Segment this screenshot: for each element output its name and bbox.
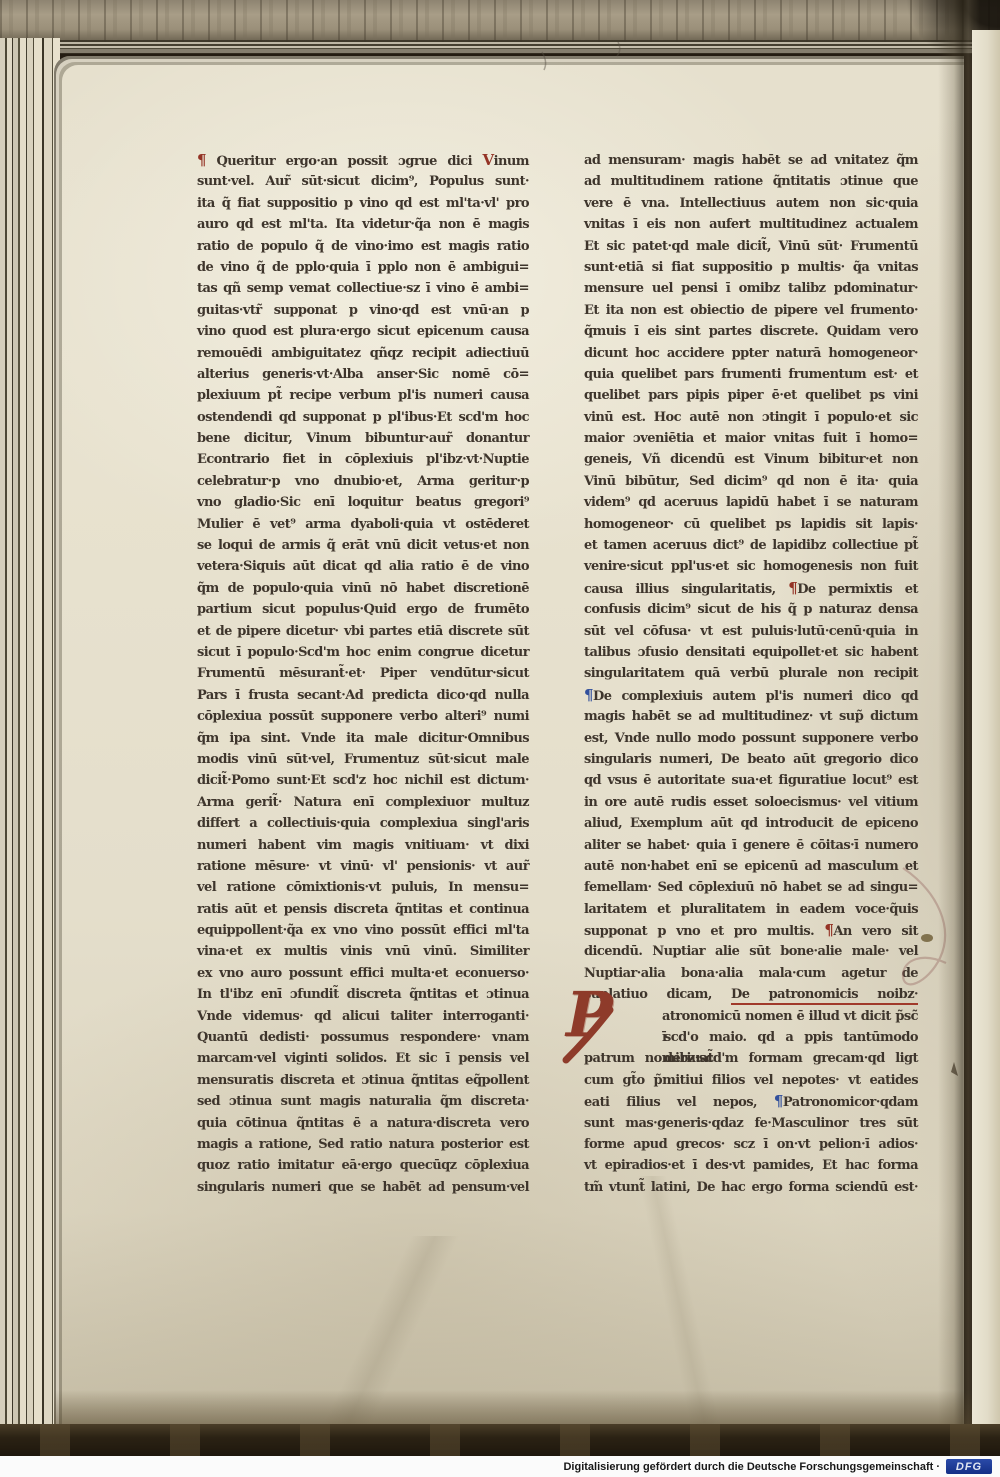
text-segment: auro qd est ml'ta. Ita videtur·q̃a non ē… xyxy=(197,217,529,232)
text-line: vina·et ex multis vinis vnū vinū. Simili… xyxy=(197,941,529,962)
text-segment: dicit̃·Pomo sunt·Et scd'z hoc nichil est… xyxy=(197,773,529,788)
text-line: geneis, Vñ dicendū est Vinum bibitur·et … xyxy=(584,449,918,470)
text-line: alterius generis·vt·Alba anser·Sic nomē … xyxy=(197,364,529,385)
text-segment: sunt·etiā si fiat suppositio p multis· q… xyxy=(584,260,918,275)
text-line: ratis aūt et pensis discreta q̃ntitas et… xyxy=(197,899,529,920)
text-segment: Et sic patet·qd male dicit̃, Vinū sūt· F… xyxy=(584,239,918,254)
text-line: Econtrario fiet in cōplexiuis pl'ibz·vt·… xyxy=(197,449,529,470)
text-line: auro qd est ml'ta. Ita videtur·q̃a non ē… xyxy=(197,214,529,235)
text-line: singularitatem quā verbū plurale non rec… xyxy=(584,663,918,684)
book-head-edge xyxy=(0,0,1000,42)
pilcrow-mark: ¶ xyxy=(824,921,833,939)
text-line: Et ita non est obiectio de pipere vel fr… xyxy=(584,300,918,321)
text-segment: et de pipere dicetur· vbi partes etiā di… xyxy=(197,624,529,639)
text-line: sunt mas·generis·qdaz fe·Masculinor tres… xyxy=(584,1113,918,1134)
adjacent-page-edge xyxy=(972,30,1000,1440)
text-segment: vel ratione cōmixtionis·vt puluis, In me… xyxy=(197,880,529,895)
text-segment: et tamen aceruus dict⁹ de lapidibz colle… xyxy=(584,538,918,553)
text-line: vino quod est plura·ergo sicut epicenum … xyxy=(197,321,529,342)
text-segment: causa illius singularitatis, xyxy=(584,582,788,597)
pilcrow-mark: ¶ xyxy=(197,151,206,169)
text-segment: Quantū dedisti· possumus respondere· vna… xyxy=(197,1030,529,1045)
text-segment: sed ɔtinua sunt magis naturalia q̃m disc… xyxy=(197,1094,529,1109)
text-line: ratione mēsure· vt vinū· vl' pensionis· … xyxy=(197,856,529,877)
text-segment: equippollent·q̃a ex vno vino possūt effi… xyxy=(197,923,529,938)
text-line: modis vinū sūt·vel, Frumentuz sūt·sicut … xyxy=(197,749,529,770)
text-line: singularis numeri, De beato aūt gregorio… xyxy=(584,749,918,770)
text-line: vere ē vna. Intellectiuus autem non sic·… xyxy=(584,193,918,214)
text-segment: Vinū bibūtur, Sed dicim⁹ qd non ē ita· q… xyxy=(584,474,918,489)
text-line: quoz ratio imitatur eā·ergo quecūqz cōpl… xyxy=(197,1155,529,1176)
text-line: tm̃ vtunt̃ latini, De hac ergo forma sci… xyxy=(584,1177,918,1198)
text-segment: V xyxy=(483,151,494,169)
text-line: tas qñ semp vemat collectiue·sz ī vino ē… xyxy=(197,278,529,299)
text-segment: De permixtis et xyxy=(797,582,918,597)
text-segment: marcam·vel viginti solidos. Et sic ī pen… xyxy=(197,1051,529,1066)
text-line: vinū est. Hoc autē non ɔtingit ī populo·… xyxy=(584,407,918,428)
text-segment: ita q̃ fiat suppositio p vino qd est ml'… xyxy=(197,196,529,211)
text-segment: celebratur·p vno dnubio·et, Arma geritur… xyxy=(197,474,529,489)
text-segment: q̃m de populo·quia vinū nō habet discret… xyxy=(197,581,529,596)
text-segment: quia quelibet pars frumenti frumentum es… xyxy=(584,367,918,382)
text-segment: Queritur ergo·an possit ɔgrue dici xyxy=(206,154,483,169)
text-segment: maior ɔveniētia et maior vnitas fuit ī h… xyxy=(584,431,918,446)
text-segment: modis vinū sūt·vel, Frumentuz sūt·sicut … xyxy=(197,752,529,767)
text-segment: dicendū. Nuptiar alie sūt bone·alie male… xyxy=(584,944,918,959)
text-line: vt epiradios·et ī des·vt pamides, Et hac… xyxy=(584,1155,918,1176)
text-line: Vinū bibūtur, Sed dicim⁹ qd non ē ita· q… xyxy=(584,471,918,492)
text-line: q̃muis ī eis sint partes discrete. Quida… xyxy=(584,321,918,342)
text-segment: De complexiuis autem pl'is numeri dico q… xyxy=(593,689,918,704)
text-segment: homogeneor· cū quelibet ps lapidis sit l… xyxy=(584,517,918,532)
text-segment: forme apud grecos· scz ī on·vt pelion·ī … xyxy=(584,1137,918,1152)
text-segment: Patronomicor·qdam xyxy=(783,1095,918,1110)
text-segment: quoz ratio imitatur eā·ergo quecūqz cōpl… xyxy=(197,1158,529,1173)
text-segment: magis a ratione, Sed ratio natura poster… xyxy=(197,1137,529,1152)
text-segment: In tl'ibz enī ɔfundit̃ discreta q̃ntitas… xyxy=(197,987,529,1002)
text-line: numeri habent vim magis vnitiuam· vt dix… xyxy=(197,835,529,856)
text-segment: sunt·vel. Aur̃ sūt·sicut dicim⁹, Populus… xyxy=(197,174,529,189)
text-line: q̃m de populo·quia vinū nō habet discret… xyxy=(197,578,529,599)
text-segment: Frumentū mēsurant̃·et· Piper vendūtur·si… xyxy=(197,666,529,681)
text-segment: magis habēt se ad multitudinez· vt sup̃ … xyxy=(584,709,918,724)
text-line: et de pipere dicetur· vbi partes etiā di… xyxy=(197,621,529,642)
text-segment: sūt vel cōfusa· vt est puluis·lutū·cenū·… xyxy=(584,624,918,639)
text-segment: aliter se habet· quia ī genere ē cōitas·… xyxy=(584,838,918,853)
text-segment: Nuptiar·alia bona·alia mala·cum agetur d… xyxy=(584,966,918,981)
text-line: sed ɔtinua sunt magis naturalia q̃m disc… xyxy=(197,1091,529,1112)
dfg-logo: DFG xyxy=(946,1459,992,1474)
text-segment: vt epiradios·et ī des·vt pamides, Et hac… xyxy=(584,1158,918,1173)
text-line: quia quelibet pars frumenti frumentum es… xyxy=(584,364,918,385)
text-line: eati filius vel nepos, ¶Patronomicor·qda… xyxy=(584,1091,918,1112)
text-segment: dicunt hoc accidere ppter naturā homogen… xyxy=(584,346,918,361)
text-line: mensure uel pensi ī omibz talibz pdomina… xyxy=(584,278,918,299)
text-segment: remouēdi ambiguitatez qñqz recipit adiec… xyxy=(197,346,529,361)
text-line: Frumentū mēsurant̃·et· Piper vendūtur·si… xyxy=(197,663,529,684)
text-segment: vetera·Siquis aūt dicat qd alia ratio ē … xyxy=(197,559,529,574)
text-line: confusis dicim⁹ sicut de his q̃ p natura… xyxy=(584,599,918,620)
text-segment: confusis dicim⁹ sicut de his q̃ p natura… xyxy=(584,602,918,617)
text-line: cōplexiua possūt supponere verbo alteri⁹… xyxy=(197,706,529,727)
text-line: sūt vel cōfusa· vt est puluis·lutū·cenū·… xyxy=(584,621,918,642)
text-segment: singularis numeri que se habēt ad pensum… xyxy=(197,1180,529,1195)
text-line: femellam· Sed cōplexiuū nō habet se ad s… xyxy=(584,877,918,898)
text-segment: ratis aūt et pensis discreta q̃ntitas et… xyxy=(197,902,529,917)
text-line: singularis numeri que se habēt ad pensum… xyxy=(197,1177,529,1198)
text-segment: videm⁹ qd aceruus lapidū habet ī se natu… xyxy=(584,495,918,510)
text-segment: vina·et ex multis vinis vnū vinū. Simili… xyxy=(197,944,529,959)
text-segment: Et ita non est obiectio de pipere vel fr… xyxy=(584,303,918,318)
text-line: forme apud grecos· scz ī on·vt pelion·ī … xyxy=(584,1134,918,1155)
text-segment: ex vno auro possunt effici multa·et econ… xyxy=(197,966,529,981)
text-line: ad multitudinem ratione q̃ntitatis ɔtinu… xyxy=(584,171,918,192)
text-line: supponat p vno et pro multis. ¶An vero s… xyxy=(584,920,918,941)
text-segment: bene dicitur, Vinum bibuntur·aur̃ donant… xyxy=(197,431,529,446)
text-line: equippollent·q̃a ex vno vino possūt effi… xyxy=(197,920,529,941)
text-line: Nuptiar·alia bona·alia mala·cum agetur d… xyxy=(584,963,918,984)
text-line: vno gladio·Sic enī loquitur beatus grego… xyxy=(197,492,529,513)
text-line: et tamen aceruus dict⁹ de lapidibz colle… xyxy=(584,535,918,556)
text-segment: De patronomicis noibz· xyxy=(731,987,918,1005)
text-line: differt a collectiuis·quia complexiua si… xyxy=(197,813,529,834)
text-segment: ad mensuram· magis habēt se ad vnitatez … xyxy=(584,153,918,168)
text-segment: numeri habent vim magis vnitiuam· vt dix… xyxy=(197,838,529,853)
text-line: ¶De complexiuis autem pl'is numeri dico … xyxy=(584,685,918,706)
text-line: plexiuum pt̃ recipe verbum pl'is numeri … xyxy=(197,385,529,406)
text-line: mensuratis discreta et ɔtinua q̃ntitas e… xyxy=(197,1070,529,1091)
text-segment: guitas·vtr̃ supponat p vino·qd est vnū·a… xyxy=(197,303,529,318)
text-segment: ratio de populo q̃ de vino·imo est magis… xyxy=(197,239,529,254)
text-line: ex vno auro possunt effici multa·et econ… xyxy=(197,963,529,984)
text-line: cum gt̃o p̃mitiui filios vel nepotes· vt… xyxy=(584,1070,918,1091)
text-segment: vnitas ī eis non aufert multitudinez act… xyxy=(584,217,918,232)
text-segment: plexiuum pt̃ recipe verbum pl'is numeri … xyxy=(197,388,529,403)
text-segment: talibus ɔfusio densitati equipollet·et s… xyxy=(584,645,918,660)
text-line: celebratur·p vno dnubio·et, Arma geritur… xyxy=(197,471,529,492)
text-line: aliud, Exemplum aūt qd introducit de epi… xyxy=(584,813,918,834)
text-line: Et sic patet·qd male dicit̃, Vinū sūt· F… xyxy=(584,236,918,257)
text-segment: vinū est. Hoc autē non ɔtingit ī populo·… xyxy=(584,410,918,425)
text-line: vetera·Siquis aūt dicat qd alia ratio ē … xyxy=(197,556,529,577)
pilcrow-mark: ¶ xyxy=(774,1092,783,1110)
text-segment: de vino q̃ de pplo·quia ī pplo non ē amb… xyxy=(197,260,529,275)
text-segment: ad multitudinem ratione q̃ntitatis ɔtinu… xyxy=(584,174,918,189)
text-segment: autē non·habet enī se epicenū ad masculu… xyxy=(584,859,918,874)
text-line: bene dicitur, Vinum bibuntur·aur̃ donant… xyxy=(197,428,529,449)
text-line: qd vsus ē autoritate sua·et figuratiue l… xyxy=(584,770,918,791)
text-segment: laritatem et pluralitatem in eadem voce·… xyxy=(584,902,918,917)
pilcrow-mark: ¶ xyxy=(584,686,593,704)
text-line: In tl'ibz enī ɔfundit̃ discreta q̃ntitas… xyxy=(197,984,529,1005)
text-line: videm⁹ qd aceruus lapidū habet ī se natu… xyxy=(584,492,918,513)
manuscript-column-left: ¶ Queritur ergo·an possit ɔgrue dici Vin… xyxy=(197,150,529,1198)
text-segment: in ore autē rudis esset soloecismus· vel… xyxy=(584,795,918,810)
text-line: maior ɔveniētia et maior vnitas fuit ī h… xyxy=(584,428,918,449)
text-segment: vno gladio·Sic enī loquitur beatus grego… xyxy=(197,495,529,510)
text-line: ad mensuram· magis habēt se ad vnitatez … xyxy=(584,150,918,171)
text-segment: Vnde videmus· qd alicui taliter interrog… xyxy=(197,1009,529,1024)
text-segment: eati filius vel nepos, xyxy=(584,1095,774,1110)
drop-cap-initial-P: P xyxy=(566,986,646,1056)
page-bottom-shadow xyxy=(54,1390,972,1428)
text-line: ita q̃ fiat suppositio p vino qd est ml'… xyxy=(197,193,529,214)
book-scan: ¶ Queritur ergo·an possit ɔgrue dici Vin… xyxy=(0,0,1000,1477)
text-line: marcam·vel viginti solidos. Et sic ī pen… xyxy=(197,1048,529,1069)
text-line: talibus ɔfusio densitati equipollet·et s… xyxy=(584,642,918,663)
text-segment: se loqui de armis q̃ erāt vnū dicit vetu… xyxy=(197,538,529,553)
text-segment: quia cōtinua q̃ntitas ē a natura·discret… xyxy=(197,1116,529,1131)
text-segment: femellam· Sed cōplexiuū nō habet se ad s… xyxy=(584,880,918,895)
page-edges-stack xyxy=(0,38,60,1446)
text-line: remouēdi ambiguitatez qñqz recipit adiec… xyxy=(197,343,529,364)
text-segment: supponat p vno et pro multis. xyxy=(584,924,824,939)
text-segment: qd vsus ē autoritate sua·et figuratiue l… xyxy=(584,773,918,788)
text-segment: mensure uel pensi ī omibz talibz pdomina… xyxy=(584,281,918,296)
text-segment: ratione mēsure· vt vinū· vl' pensionis· … xyxy=(197,859,529,874)
text-segment: venire·sicut ppl'us·et sic homogenesis n… xyxy=(584,559,918,574)
digitization-footer: Digitalisierung gefördert durch die Deut… xyxy=(0,1456,1000,1477)
text-line: autē non·habet enī se epicenū ad masculu… xyxy=(584,856,918,877)
text-segment: An vero sit xyxy=(833,924,918,939)
text-segment: geneis, Vñ dicendū est Vinum bibitur·et … xyxy=(584,452,918,467)
text-line: est, Vnde nullo modo possunt supponere v… xyxy=(584,728,918,749)
text-line: q̃m ipa sint. Vnde ita male dicitur·Omni… xyxy=(197,728,529,749)
text-line: homogeneor· cū quelibet ps lapidis sit l… xyxy=(584,514,918,535)
text-line: partium sicut populus·Quid ergo de frumē… xyxy=(197,599,529,620)
text-segment: singularis numeri, De beato aūt gregorio… xyxy=(584,752,918,767)
text-segment: Pars ī frusta secant·Ad predicta dico·qd… xyxy=(197,688,529,703)
text-segment: est, Vnde nullo modo possunt supponere v… xyxy=(584,731,918,746)
text-line: vel ratione cōmixtionis·vt puluis, In me… xyxy=(197,877,529,898)
text-line: quelibet pars pipis piper ē·et quelibet … xyxy=(584,385,918,406)
text-line: laritatem et pluralitatem in eadem voce·… xyxy=(584,899,918,920)
text-segment: mensuratis discreta et ɔtinua q̃ntitas e… xyxy=(197,1073,529,1088)
text-line: ostendendi qd supponat p pl'ibus·Et scd'… xyxy=(197,407,529,428)
text-line: dicunt hoc accidere ppter naturā homogen… xyxy=(584,343,918,364)
text-line: quia cōtinua q̃ntitas ē a natura·discret… xyxy=(197,1113,529,1134)
text-line: magis habēt se ad multitudinez· vt sup̃ … xyxy=(584,706,918,727)
text-segment: singularitatem quā verbū plurale non rec… xyxy=(584,666,918,681)
text-line: de vino q̃ de pplo·quia ī pplo non ē amb… xyxy=(197,257,529,278)
text-segment: cum gt̃o p̃mitiui filios vel nepotes· vt… xyxy=(584,1073,918,1088)
text-segment: sicut ī populo·Scd'm hoc enim congrue di… xyxy=(197,645,529,660)
text-line: ¶ Queritur ergo·an possit ɔgrue dici Vin… xyxy=(197,150,529,171)
text-segment: vino quod est plura·ergo sicut epicenum … xyxy=(197,324,529,339)
text-line: sicut ī populo·Scd'm hoc enim congrue di… xyxy=(197,642,529,663)
text-line: ratio de populo q̃ de vino·imo est magis… xyxy=(197,236,529,257)
text-segment: q̃m ipa sint. Vnde ita male dicitur·Omni… xyxy=(197,731,529,746)
text-segment: differt a collectiuis·quia complexiua si… xyxy=(197,816,529,831)
text-line: Quantū dedisti· possumus respondere· vna… xyxy=(197,1027,529,1048)
text-line: Vnde videmus· qd alicui taliter interrog… xyxy=(197,1006,529,1027)
text-line: Mulier ē vet⁹ arma dyaboli·quia vt ostēd… xyxy=(197,514,529,535)
text-line: sunt·etiā si fiat suppositio p multis· q… xyxy=(584,257,918,278)
text-segment: inum xyxy=(494,154,529,169)
text-segment: cōplexiua possūt supponere verbo alteri⁹… xyxy=(197,709,529,724)
text-segment: Arma gerit̃· Natura enī complexiuor mult… xyxy=(197,795,529,810)
text-line: Pars ī frusta secant·Ad predicta dico·qd… xyxy=(197,685,529,706)
text-segment: Econtrario fiet in cōplexiuis pl'ibz·vt·… xyxy=(197,452,529,467)
text-line: in ore autē rudis esset soloecismus· vel… xyxy=(584,792,918,813)
text-line: dicit̃·Pomo sunt·Et scd'z hoc nichil est… xyxy=(197,770,529,791)
text-line: venire·sicut ppl'us·et sic homogenesis n… xyxy=(584,556,918,577)
text-segment: quelibet pars pipis piper ē·et quelibet … xyxy=(584,388,918,403)
text-segment: tm̃ vtunt̃ latini, De hac ergo forma sci… xyxy=(584,1180,918,1195)
text-segment: ostendendi qd supponat p pl'ibus·Et scd'… xyxy=(197,410,529,425)
text-line: sunt·vel. Aur̃ sūt·sicut dicim⁹, Populus… xyxy=(197,171,529,192)
book-tail-edge xyxy=(0,1424,1000,1457)
text-line: se loqui de armis q̃ erāt vnū dicit vetu… xyxy=(197,535,529,556)
text-segment: partium sicut populus·Quid ergo de frumē… xyxy=(197,602,529,617)
text-segment: tas qñ semp vemat collectiue·sz ī vino ē… xyxy=(197,281,529,296)
text-segment: vere ē vna. Intellectiuus autem non sic·… xyxy=(584,196,918,211)
text-line: guitas·vtr̃ supponat p vino·qd est vnū·a… xyxy=(197,300,529,321)
text-segment: Mulier ē vet⁹ arma dyaboli·quia vt ostēd… xyxy=(197,517,529,532)
text-segment: alterius generis·vt·Alba anser·Sic nomē … xyxy=(197,367,529,382)
pilcrow-mark: ¶ xyxy=(788,579,797,597)
text-line: magis a ratione, Sed ratio natura poster… xyxy=(197,1134,529,1155)
text-line: vnitas ī eis non aufert multitudinez act… xyxy=(584,214,918,235)
text-line: Arma gerit̃· Natura enī complexiuor mult… xyxy=(197,792,529,813)
text-segment: aliud, Exemplum aūt qd introducit de epi… xyxy=(584,816,918,831)
text-line: causa illius singularitatis, ¶De permixt… xyxy=(584,578,918,599)
text-segment: sunt mas·generis·qdaz fe·Masculinor tres… xyxy=(584,1116,918,1131)
text-line: aliter se habet· quia ī genere ē cōitas·… xyxy=(584,835,918,856)
text-segment: q̃muis ī eis sint partes discrete. Quida… xyxy=(584,324,918,339)
text-line: dicendū. Nuptiar alie sūt bone·alie male… xyxy=(584,941,918,962)
credit-text: Digitalisierung gefördert durch die Deut… xyxy=(563,1461,940,1473)
